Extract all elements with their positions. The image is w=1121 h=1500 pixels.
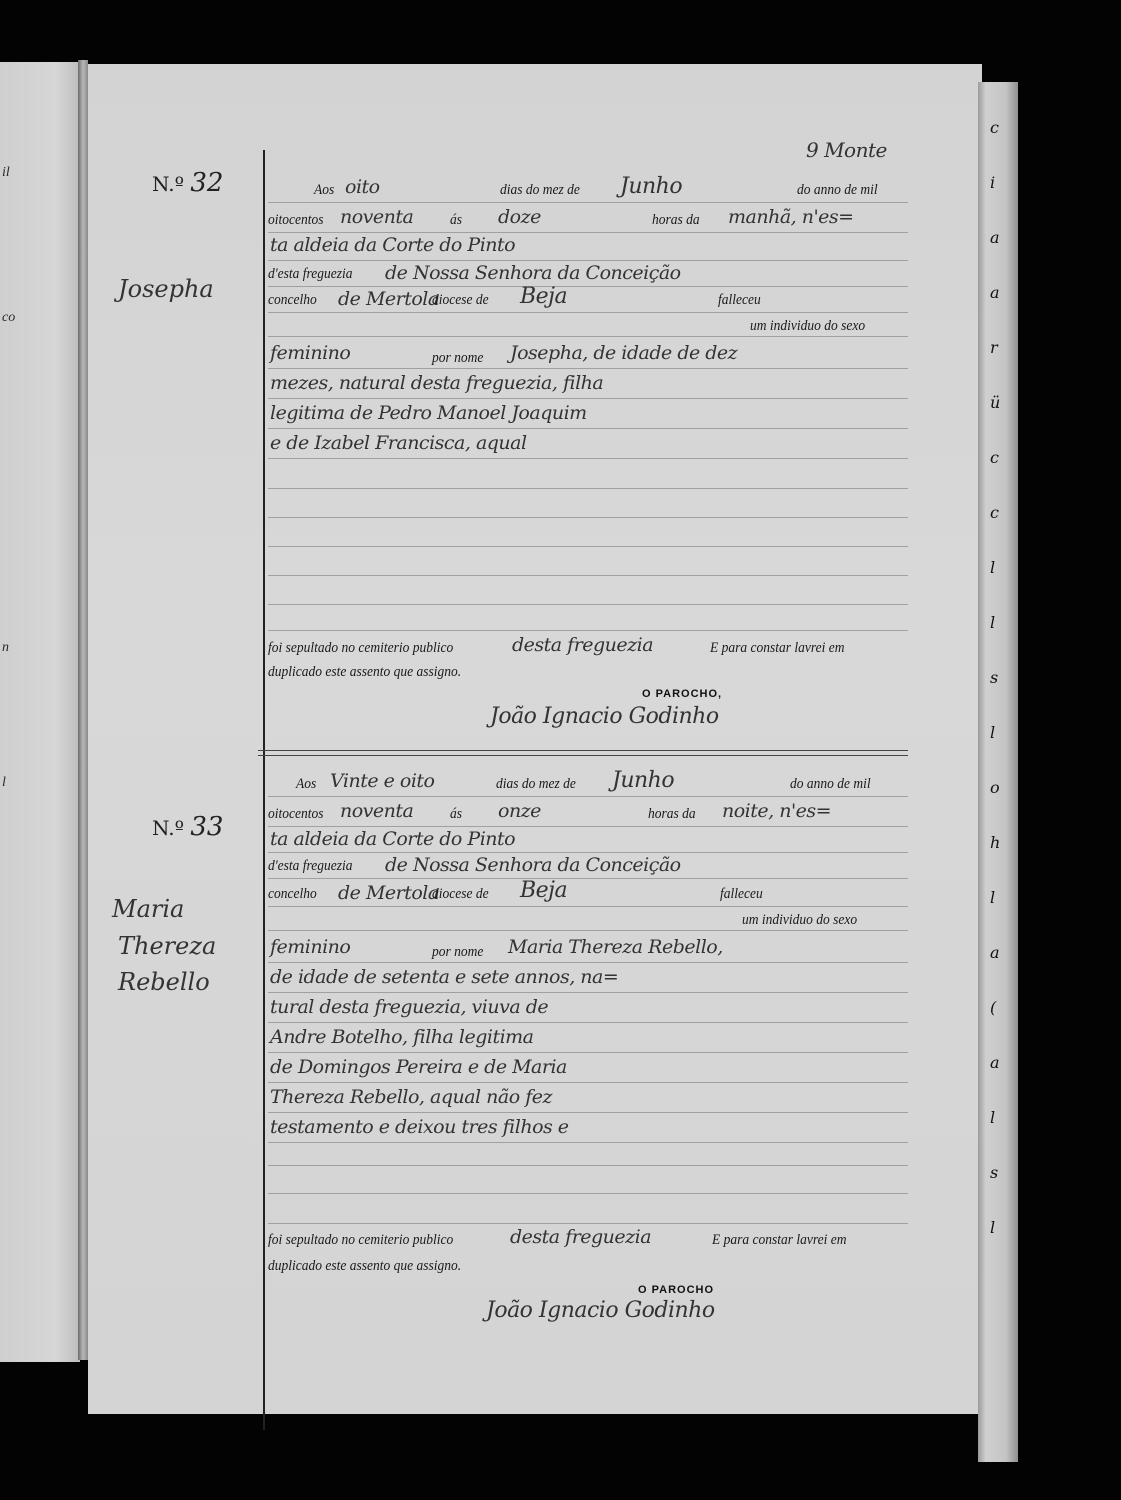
handwritten-place: ta aldeia da Corte do Pinto	[270, 828, 515, 850]
printed-text: d'esta freguezia	[268, 266, 353, 283]
page-edge-mark: l	[990, 723, 995, 742]
printed-text: por nome	[432, 350, 483, 367]
page-edge-mark: c	[990, 503, 999, 522]
handwritten-diocese: Beja	[520, 284, 567, 309]
signature-title: O PAROCHO	[638, 1284, 714, 1296]
left-page-fragment: il	[2, 165, 10, 181]
handwritten-month: Junho	[612, 768, 674, 793]
page-edge-mark: l	[990, 1108, 995, 1127]
page-edge-mark: h	[990, 833, 1000, 852]
left-page-fragment: co	[2, 310, 15, 326]
page-edge-mark: r	[990, 338, 998, 357]
page-edge-mark: s	[990, 668, 998, 687]
handwritten-year: noventa	[340, 800, 413, 822]
handwritten-parish: de Nossa Senhora da Conceição	[385, 854, 681, 876]
page-edge-mark: ü	[990, 393, 1000, 412]
printed-text: diocese de	[432, 292, 489, 309]
page-edge-mark: a	[990, 228, 1000, 247]
priest-signature: João Ignacio Godinho	[490, 704, 719, 729]
left-page-edge	[0, 62, 80, 1362]
printed-text: horas da	[648, 806, 696, 823]
printed-text: duplicado este assento que assigno.	[268, 1258, 461, 1275]
margin-name: Thereza	[118, 932, 216, 960]
handwritten-parish: de Nossa Senhora da Conceição	[385, 262, 681, 284]
printed-text: diocese de	[432, 886, 489, 903]
page-edge-mark: i	[990, 173, 995, 192]
page-edge-mark: (	[990, 998, 996, 1017]
printed-text: falleceu	[720, 886, 763, 903]
printed-text: um individuo do sexo	[742, 912, 857, 929]
printed-text: dias do mez de	[500, 182, 580, 199]
handwritten-municipality: de Mertola	[338, 288, 439, 310]
corner-note: 9 Monte	[806, 138, 887, 162]
handwritten-text: de Domingos Pereira e de Maria	[270, 1056, 567, 1078]
handwritten-name: Maria Thereza Rebello,	[508, 936, 723, 958]
priest-signature: João Ignacio Godinho	[486, 1298, 715, 1323]
printed-text: concelho	[268, 292, 317, 309]
handwritten-text: testamento e deixou tres filhos e	[270, 1116, 569, 1138]
margin-rule	[263, 150, 265, 1430]
page-edge-mark: l	[990, 888, 995, 907]
printed-text: falleceu	[718, 292, 761, 309]
handwritten-text: manhã, n'es=	[728, 206, 854, 228]
handwritten-sex: feminino	[270, 936, 350, 958]
handwritten-month: Junho	[620, 174, 682, 199]
handwritten-parish: desta freguezia	[512, 634, 653, 656]
handwritten-text: legitima de Pedro Manoel Joaquim	[270, 402, 587, 424]
handwritten-hour: onze	[498, 800, 541, 822]
printed-text: d'esta freguezia	[268, 858, 353, 875]
printed-text: duplicado este assento que assigno.	[268, 664, 461, 681]
signature-title: O PAROCHO,	[642, 688, 722, 700]
handwritten-municipality: de Mertola	[338, 882, 439, 904]
handwritten-day: Vinte e oito	[330, 770, 435, 792]
printed-text: ás	[450, 806, 462, 823]
page-edge-mark: c	[990, 118, 999, 137]
handwritten-sex: feminino	[270, 342, 350, 364]
handwritten-text: mezes, natural desta freguezia, filha	[270, 372, 603, 394]
printed-text: concelho	[268, 886, 317, 903]
page-edge-mark: l	[990, 558, 995, 577]
margin-name: Josepha	[118, 275, 214, 303]
printed-text: do anno de mil	[790, 776, 871, 793]
handwritten-place: ta aldeia da Corte do Pinto	[270, 234, 515, 256]
handwritten-parish: desta freguezia	[510, 1226, 651, 1248]
left-page-fragment: n	[2, 640, 9, 656]
printed-text: horas da	[652, 212, 700, 229]
page-edge-mark: c	[990, 448, 999, 467]
page-edge-mark: a	[990, 943, 1000, 962]
handwritten-year: noventa	[340, 206, 413, 228]
printed-text: do anno de mil	[797, 182, 878, 199]
handwritten-diocese: Beja	[520, 878, 567, 903]
page-edge-mark: a	[990, 1053, 1000, 1072]
handwritten-name: Josepha, de idade de dez	[510, 342, 737, 364]
handwritten-text: noite, n'es=	[722, 800, 831, 822]
handwritten-text: tural desta freguezia, viuva de	[270, 996, 548, 1018]
page-edge-mark: o	[990, 778, 1000, 797]
margin-name: Rebello	[118, 968, 210, 996]
entry-number: N.º 33	[152, 812, 223, 842]
handwritten-day: oito	[345, 176, 380, 198]
printed-text: Aos	[314, 182, 334, 199]
printed-text: E para constar lavrei em	[710, 640, 844, 657]
handwritten-hour: doze	[498, 206, 541, 228]
printed-text: um individuo do sexo	[750, 318, 865, 335]
margin-name: Maria	[112, 895, 184, 923]
printed-text: ás	[450, 212, 462, 229]
book-gutter	[78, 60, 88, 1360]
left-page-fragment: l	[2, 775, 6, 791]
printed-text: por nome	[432, 944, 483, 961]
printed-text: Aos	[296, 776, 316, 793]
handwritten-text: Andre Botelho, filha legitima	[270, 1026, 534, 1048]
printed-text: dias do mez de	[496, 776, 576, 793]
entry-number: N.º 32	[152, 168, 223, 198]
printed-text: E para constar lavrei em	[712, 1232, 846, 1249]
printed-text: oitocentos	[268, 806, 323, 823]
printed-text: foi sepultado no cemiterio publico	[268, 1232, 453, 1249]
handwritten-text: e de Izabel Francisca, aqual	[270, 432, 527, 454]
page-edge-mark: s	[990, 1163, 998, 1182]
page-edge-mark: l	[990, 613, 995, 632]
handwritten-text: de idade de setenta e sete annos, na=	[270, 966, 618, 988]
printed-text: foi sepultado no cemiterio publico	[268, 640, 453, 657]
handwritten-text: Thereza Rebello, aqual não fez	[270, 1086, 552, 1108]
printed-text: oitocentos	[268, 212, 323, 229]
page-edge-mark: l	[990, 1218, 995, 1237]
page-edge-mark: a	[990, 283, 1000, 302]
